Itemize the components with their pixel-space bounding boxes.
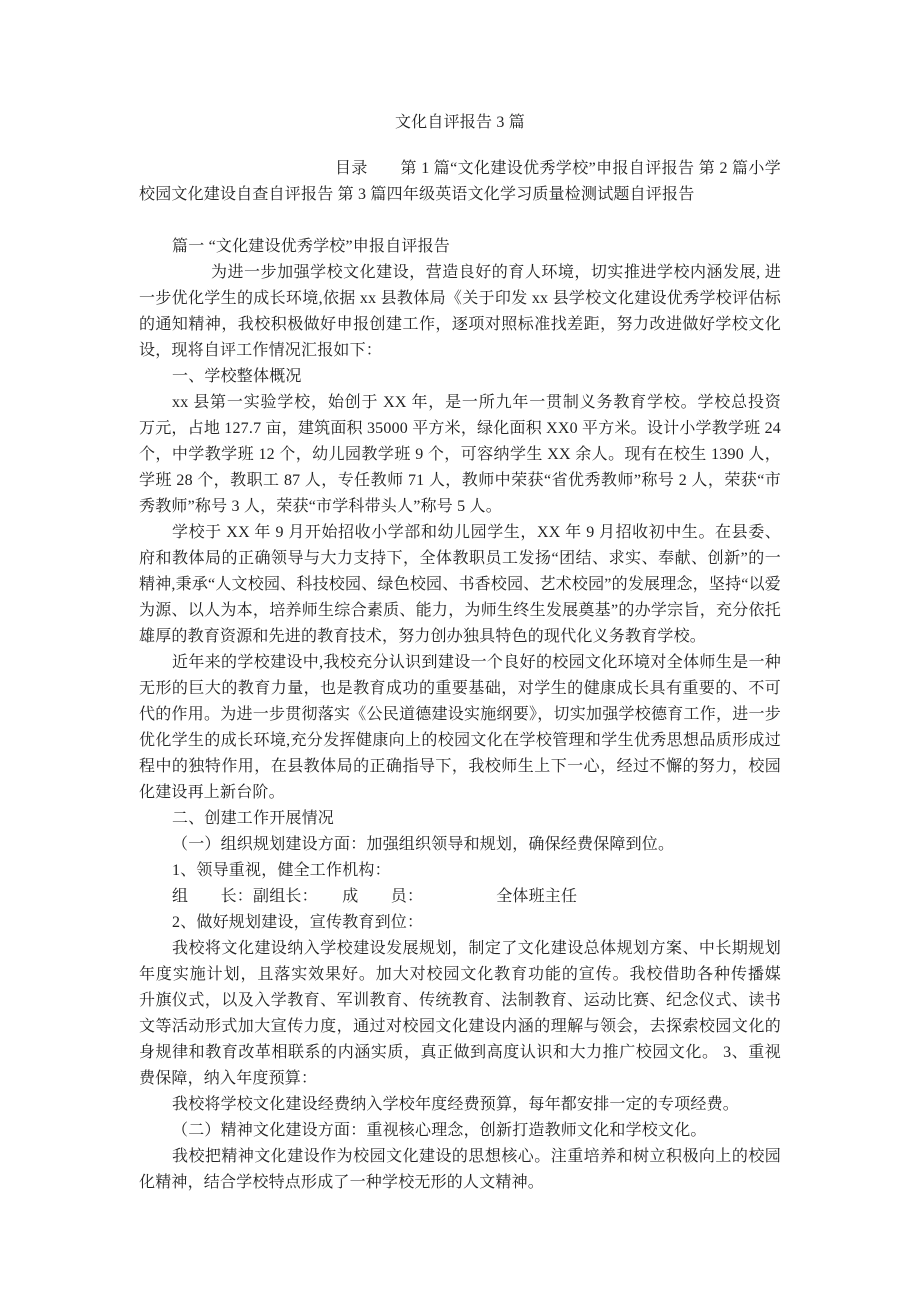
text-line: 一步优化学生的成长环境,依据 xx 县教体局《关于印发 xx 县学校文化建设优秀…: [139, 286, 781, 312]
text-line: 文等活动形式加大宣传力度，通过对校园文化建设内涵的理解与领会，去探索校园文化的自: [139, 1014, 781, 1040]
document-title: 文化自评报告 3 篇: [139, 110, 781, 136]
text-line: 精神,秉承“人文校园、科技校园、绿色校园、书香校园、艺术校园”的发展理念，坚持“…: [139, 572, 781, 598]
text-line: 代的作用。为进一步贯彻落实《公民道德建设实施纲要》，切实加强学校德育工作，进一步: [139, 702, 781, 728]
section-heading: 一、学校整体概况: [139, 364, 781, 390]
text-line: 化建设再上新台阶。: [139, 780, 781, 806]
document-viewport: { "page": { "background": "#ffffff", "te…: [0, 0, 920, 1302]
text-line: 升旗仪式，以及入学教育、军训教育、传统教育、法制教育、运动比赛、纪念仪式、读书征: [139, 988, 781, 1014]
toc-line: 目录 第 1 篇“文化建设优秀学校”申报自评报告 第 2 篇小学: [139, 156, 781, 182]
text-line: 为源、以人为本，培养师生综合素质、能力，为师生终生发展奠基”的办学宗旨，充分依托: [139, 598, 781, 624]
text-line: 学校于 XX 年 9 月开始招收小学部和幼儿园学生，XX 年 9 月招收初中生。…: [139, 520, 781, 546]
text-line: 我校把精神文化建设作为校园文化建设的思想核心。注重培养和树立积极向上的校园文: [139, 1144, 781, 1170]
text-line: 2、做好规划建设，宣传教育到位：: [139, 910, 781, 936]
text-line: 我校将文化建设纳入学校建设发展规划，制定了文化建设总体规划方案、中长期规划和: [139, 936, 781, 962]
text-line: 设，现将自评工作情况汇报如下：: [139, 338, 781, 364]
text-line: 身规律和教育改革相联系的内涵实质，真正做到高度认识和大力推广校园文化。 3、重视…: [139, 1040, 781, 1066]
text-line: 化精神，结合学校特点形成了一种学校无形的人文精神。: [139, 1170, 781, 1196]
text-line: 万元，占地 127.7 亩，建筑面积 35000 平方米，绿化面积 XX0 平方…: [139, 416, 781, 442]
document-page: 文化自评报告 3 篇目录 第 1 篇“文化建设优秀学校”申报自评报告 第 2 篇…: [0, 0, 920, 1302]
text-line: xx 县第一实验学校，始创于 XX 年，是一所九年一贯制义务教育学校。学校总投资…: [139, 390, 781, 416]
text-line: 1、领导重视，健全工作机构：: [139, 858, 781, 884]
text-line: （一）组织规划建设方面：加强组织领导和规划，确保经费保障到位。: [139, 832, 781, 858]
text-line: 近年来的学校建设中,我校充分认识到建设一个良好的校园文化环境对全体师生是一种: [139, 650, 781, 676]
text-line: 个，中学教学班 12 个，幼儿园教学班 9 个，可容纳学生 XX 余人。现有在校…: [139, 442, 781, 468]
text-line: 府和教体局的正确领导与大力支持下，全体教职员工发扬“团结、求实、奉献、创新”的一…: [139, 546, 781, 572]
text-line: （二）精神文化建设方面：重视核心理念，创新打造教师文化和学校文化。: [139, 1118, 781, 1144]
text-line: 为进一步加强学校文化建设，营造良好的育人环境，切实推进学校内涵发展, 进: [139, 260, 781, 286]
text-line: 的通知精神，我校积极做好申报创建工作，逐项对照标准找差距，努力改进做好学校文化建: [139, 312, 781, 338]
section-heading: 篇一 “文化建设优秀学校”申报自评报告: [139, 234, 781, 260]
text-line: 雄厚的教育资源和先进的教育技术，努力创办独具特色的现代化义务教育学校。: [139, 624, 781, 650]
toc-line: 校园文化建设自查自评报告 第 3 篇四年级英语文化学习质量检测试题自评报告: [139, 182, 781, 208]
text-line: 程中的独特作用，在县教体局的正确指导下，我校师生上下一心，经过不懈的努力，校园文: [139, 754, 781, 780]
text-line: 组 长：副组长： 成 员： 全体班主任: [139, 884, 781, 910]
text-line: 费保障，纳入年度预算：: [139, 1066, 781, 1092]
document-content: 文化自评报告 3 篇目录 第 1 篇“文化建设优秀学校”申报自评报告 第 2 篇…: [139, 110, 781, 1196]
text-line: 无形的巨大的教育力量，也是教育成功的重要基础，对学生的健康成长具有重要的、不可替: [139, 676, 781, 702]
text-line: 秀教师”称号 3 人，荣获“市学科带头人”称号 5 人。: [139, 494, 781, 520]
text-line: 优化学生的成长环境,充分发挥健康向上的校园文化在学校管理和学生优秀思想品质形成过: [139, 728, 781, 754]
blank-line: [139, 208, 781, 234]
section-heading: 二、创建工作开展情况: [139, 806, 781, 832]
text-line: 年度实施计划，且落实效果好。加大对校园文化教育功能的宣传。我校借助各种传播媒介，: [139, 962, 781, 988]
text-line: 学班 28 个，教职工 87 人，专任教师 71 人，教师中荣获“省优秀教师”称…: [139, 468, 781, 494]
text-line: 我校将学校文化建设经费纳入学校年度经费预算，每年都安排一定的专项经费。: [139, 1092, 781, 1118]
